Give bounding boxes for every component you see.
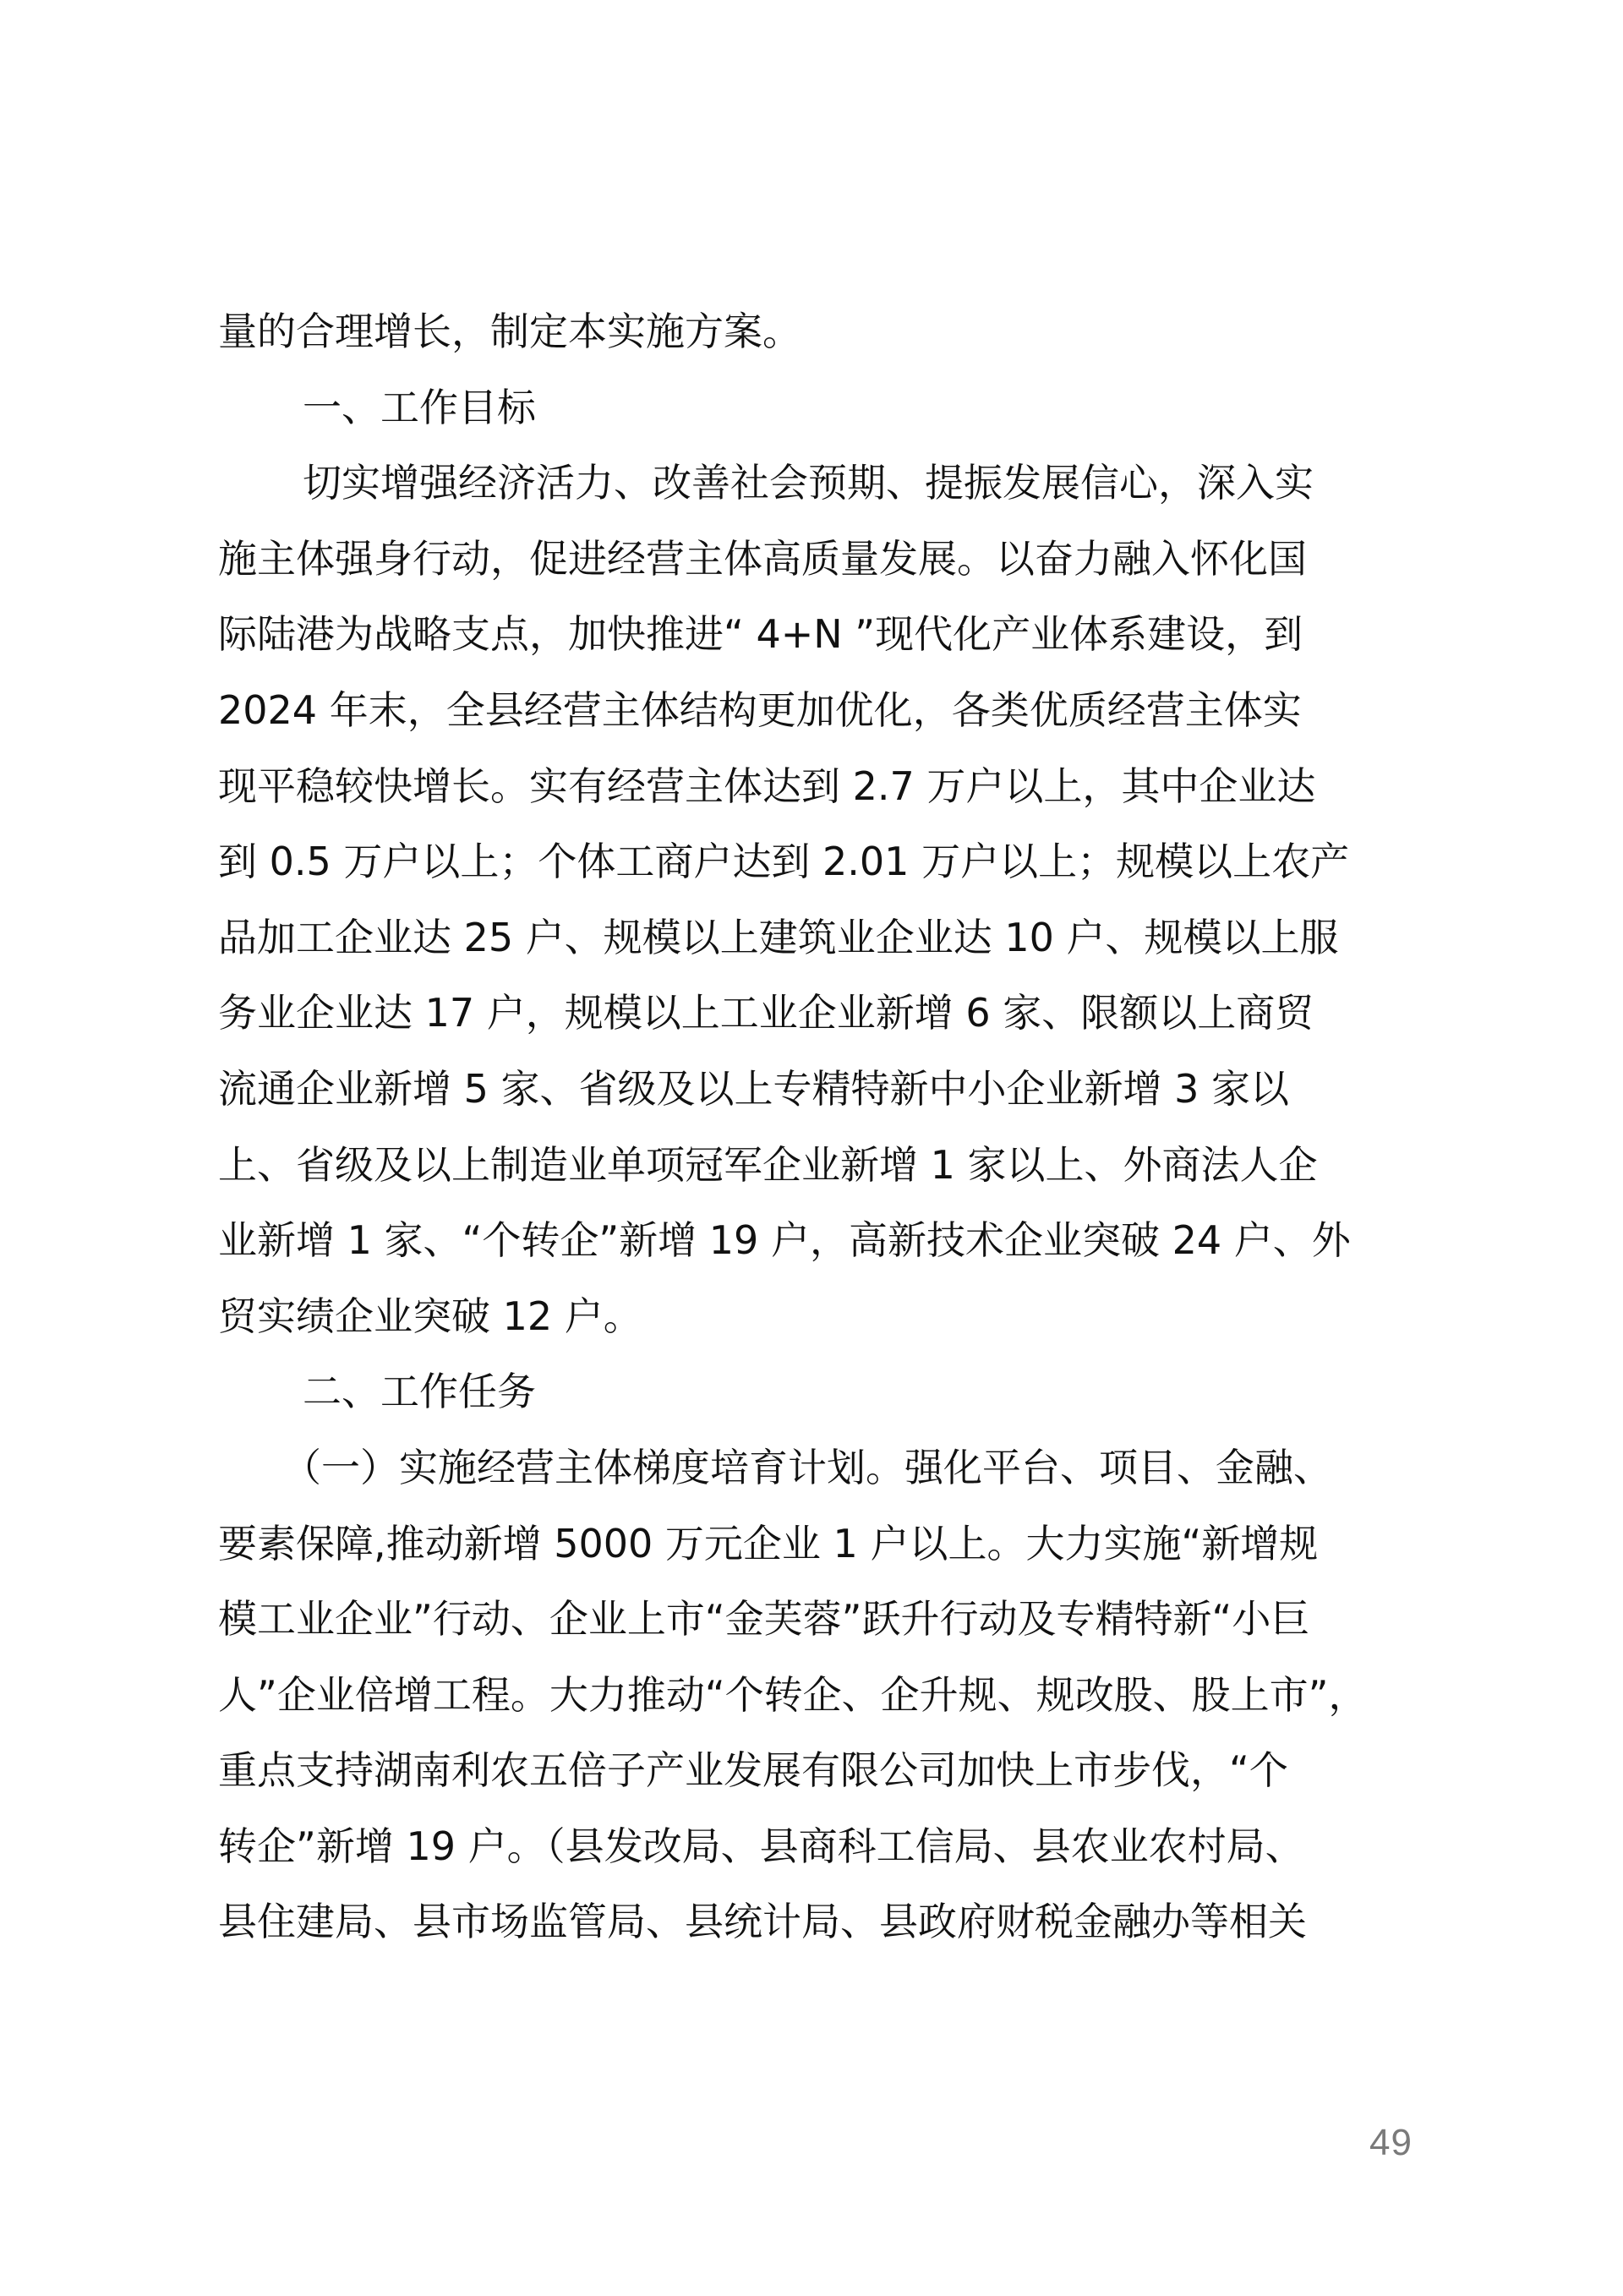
paragraph-line: 县住建局、县市场监管局、县统计局、县政府财税金融办等相关: [218, 1884, 1427, 1960]
paragraph-line: 业新增 1 家、“个转企”新增 19 户，高新技术企业突破 24 户、外: [218, 1203, 1427, 1279]
paragraph-line: 切实增强经济活力、改善社会预期、提振发展信心，深入实: [218, 446, 1427, 522]
paragraph-line: 重点支持湖南利农五倍子产业发展有限公司加快上市步伐，“个: [218, 1733, 1427, 1809]
paragraph-line: 务业企业达 17 户，规模以上工业企业新增 6 家、限额以上商贸: [218, 976, 1427, 1052]
paragraph-line: 现平稳较快增长。实有经营主体达到 2.7 万户以上，其中企业达: [218, 749, 1427, 825]
paragraph-line: 际陆港为战略支点，加快推进“ 4+N ”现代化产业体系建设，到: [218, 597, 1427, 673]
section-heading-work-tasks: 二、工作任务: [218, 1354, 1427, 1430]
paragraph-line: 转企”新增 19 户。（县发改局、县商科工信局、县农业农村局、: [218, 1809, 1427, 1885]
page-number: 49: [1369, 2122, 1413, 2164]
paragraph-line: 贸实绩企业突破 12 户。: [218, 1279, 1427, 1355]
document-page: 量的合理增长，制定本实施方案。 一、工作目标 切实增强经济活力、改善社会预期、提…: [218, 294, 1427, 1960]
paragraph-line: 品加工企业达 25 户、规模以上建筑业企业达 10 户、规模以上服: [218, 900, 1427, 976]
paragraph-line: 模工业企业”行动、企业上市“金芙蓉”跃升行动及专精特新“小巨: [218, 1582, 1427, 1658]
paragraph-line: 施主体强身行动，促进经营主体高质量发展。以奋力融入怀化国: [218, 522, 1427, 598]
paragraph-line: 人”企业倍增工程。大力推动“个转企、企升规、规改股、股上市”，: [218, 1658, 1427, 1734]
paragraph-line: 2024 年末，全县经营主体结构更加优化，各类优质经营主体实: [218, 673, 1427, 749]
paragraph-line: 要素保障,推动新增 5000 万元企业 1 户以上。大力实施“新增规: [218, 1506, 1427, 1583]
paragraph-line: 上、省级及以上制造业单项冠军企业新增 1 家以上、外商法人企: [218, 1128, 1427, 1204]
paragraph-line: 流通企业新增 5 家、省级及以上专精特新中小企业新增 3 家以: [218, 1052, 1427, 1128]
subsection-heading-line: （一）实施经营主体梯度培育计划。强化平台、项目、金融、: [218, 1430, 1427, 1506]
section-heading-work-goals: 一、工作目标: [218, 370, 1427, 446]
paragraph-line: 到 0.5 万户以上；个体工商户达到 2.01 万户以上；规模以上农产: [218, 824, 1427, 900]
paragraph-continuation-line: 量的合理增长，制定本实施方案。: [218, 294, 1427, 370]
